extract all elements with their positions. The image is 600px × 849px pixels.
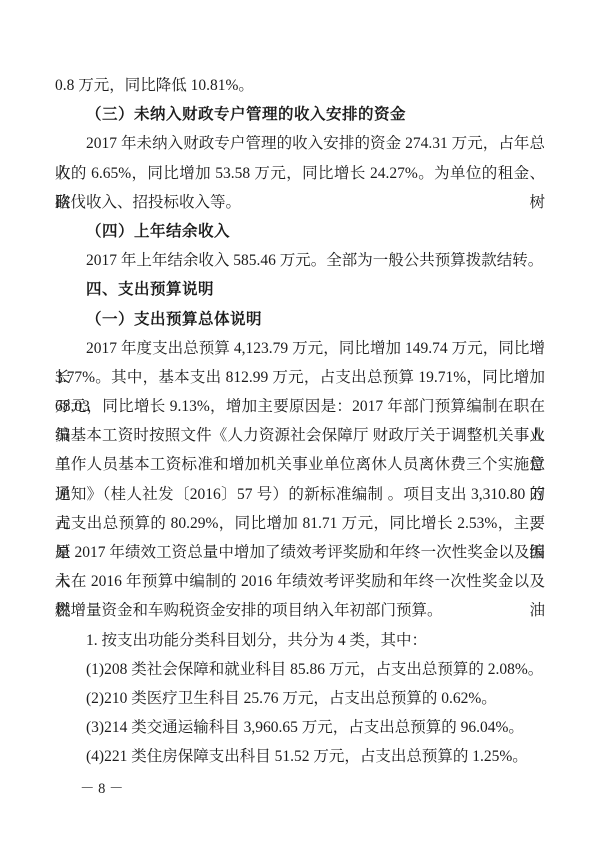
paragraph-line: 未在 2016 年预算中编制的 2016 年绩效考评奖励和年终一次性奖金以及燃油 xyxy=(55,567,545,596)
paragraph-line: 占支出总预算的 80.29%，同比增加 81.71 万元，同比增长 2.53%，… xyxy=(55,509,545,538)
paragraph-continuation-line: 0.8 万元，同比降低 10.81%。 xyxy=(55,71,545,100)
paragraph-line: 2017 年上年结余收入 585.46 万元。全部为一般公共预算拨款结转。 xyxy=(55,246,545,275)
paragraph-line: 员基本工资时按照文件《人力资源社会保障厅 财政厅关于调整机关事业单位 xyxy=(55,421,545,450)
paragraph-line: 2017 年未纳入财政专户管理的收入安排的资金 274.31 万元，占年总收 xyxy=(55,129,545,158)
chapter-heading-expenditure: 四、支出预算说明 xyxy=(55,275,545,304)
page-number: － 8 － xyxy=(80,780,124,798)
paragraph-line: 2017 年度支出总预算 4,123.79 万元，同比增加 149.74 万元，… xyxy=(55,334,545,363)
paragraph-line: 工作人员基本工资标准和增加机关事业单位离休人员离休费三个实施意见的 xyxy=(55,450,545,479)
list-item-221: (4)221 类住房保障支出科目 51.52 万元，占支出总预算的 1.25%。 xyxy=(55,742,545,771)
list-item-210: (2)210 类医疗卫生科目 25.76 万元，占支出总预算的 0.62%。 xyxy=(55,684,545,713)
section-heading-1: （一）支出预算总体说明 xyxy=(55,305,545,334)
document-body: 0.8 万元，同比降低 10.81%。 （三）未纳入财政专户管理的收入安排的资金… xyxy=(55,71,545,772)
paragraph-line: 入的 6.65%，同比增加 53.58 万元，同比增长 24.27%。为单位的租… xyxy=(55,159,545,188)
section-heading-4: （四）上年结余收入 xyxy=(55,217,545,246)
document-page: 0.8 万元，同比降低 10.81%。 （三）未纳入财政专户管理的收入安排的资金… xyxy=(0,0,600,849)
section-heading-3: （三）未纳入财政专户管理的收入安排的资金 xyxy=(55,100,545,129)
paragraph-line: 3.77%。其中，基本支出 812.99 万元，占支出总预算 19.71%，同比… xyxy=(55,363,545,392)
paragraph-line: 通知》（桂人社发〔2016〕57 号）的新标准编制 。项目支出 3,310.80… xyxy=(55,480,545,509)
paragraph-line: 是 2017 年绩效工资总量中增加了绩效考评奖励和年终一次性奖金以及编入 xyxy=(55,538,545,567)
list-item-214: (3)214 类交通运输科目 3,960.65 万元，占支出总预算的 96.04… xyxy=(55,713,545,742)
list-intro-line: 1. 按支出功能分类科目划分，共分为 4 类，其中： xyxy=(55,626,545,655)
paragraph-line: 万元，同比增长 9.13%，增加主要原因是：2017 年部门预算编制在职在编人 xyxy=(55,392,545,421)
list-item-208: (1)208 类社会保障和就业科目 85.86 万元，占支出总预算的 2.08%… xyxy=(55,655,545,684)
